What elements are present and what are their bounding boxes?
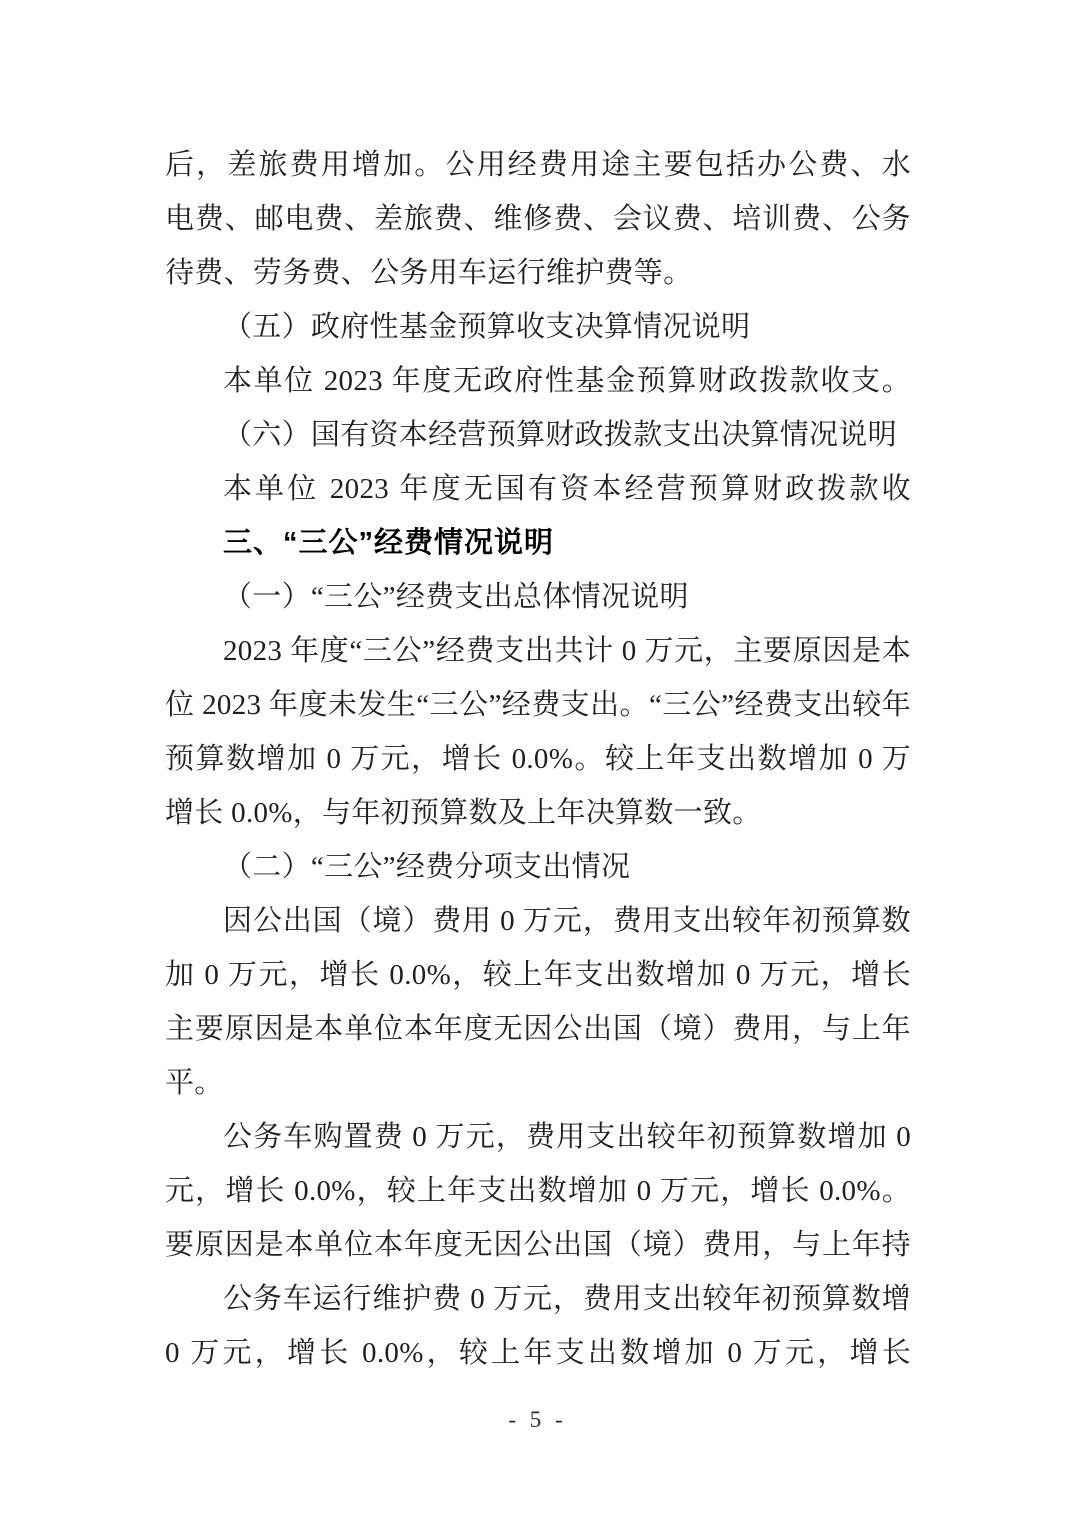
text-line: （六）国有资本经营预算财政拨款支出决算情况说明 — [165, 408, 911, 462]
text-line: 要原因是本单位本年度无因公出国（境）费用，与上年持平。 — [165, 1218, 911, 1272]
text-line: 本单位 2023 年度无政府性基金预算财政拨款收支。 — [165, 354, 911, 408]
text-line: 因公出国（境）费用 0 万元，费用支出较年初预算数增 — [165, 894, 911, 948]
text-line: 2023 年度“三公”经费支出共计 0 万元，主要原因是本单 — [165, 624, 911, 678]
document-body: 后，差旅费用增加。公用经费用途主要包括办公费、水费、电费、邮电费、差旅费、维修费… — [165, 138, 911, 1380]
text-line: 本单位 2023 年度无国有资本经营预算财政拨款收支。 — [165, 462, 911, 516]
text-line: 公务车购置费 0 万元，费用支出较年初预算数增加 0 万 — [165, 1110, 911, 1164]
text-line: 加 0 万元，增长 0.0%，较上年支出数增加 0 万元，增长 0.0%。 — [165, 948, 911, 1002]
text-line: 待费、劳务费、公务用车运行维护费等。 — [165, 246, 911, 300]
text-line: 平。 — [165, 1056, 911, 1110]
text-line: （二）“三公”经费分项支出情况 — [165, 840, 911, 894]
page-number: - 5 - — [0, 1404, 1075, 1436]
text-line: 后，差旅费用增加。公用经费用途主要包括办公费、水费、 — [165, 138, 911, 192]
text-line: 公务车运行维护费 0 万元，费用支出较年初预算数增加 — [165, 1272, 911, 1326]
text-line: （一）“三公”经费支出总体情况说明 — [165, 570, 911, 624]
text-line: 元，增长 0.0%，较上年支出数增加 0 万元，增长 0.0%。主 — [165, 1164, 911, 1218]
text-line: 主要原因是本单位本年度无因公出国（境）费用，与上年持 — [165, 1002, 911, 1056]
text-line: 0 万元，增长 0.0%，较上年支出数增加 0 万元，增长 0.0%。 — [165, 1326, 911, 1380]
text-line: 增长 0.0%，与年初预算数及上年决算数一致。 — [165, 786, 911, 840]
section-heading: 三、“三公”经费情况说明 — [165, 516, 911, 570]
text-line: 预算数增加 0 万元，增长 0.0%。较上年支出数增加 0 万元， — [165, 732, 911, 786]
text-line: 电费、邮电费、差旅费、维修费、会议费、培训费、公务接 — [165, 192, 911, 246]
text-line: 位 2023 年度未发生“三公”经费支出。“三公”经费支出较年初 — [165, 678, 911, 732]
text-line: （五）政府性基金预算收支决算情况说明 — [165, 300, 911, 354]
document-page: 后，差旅费用增加。公用经费用途主要包括办公费、水费、电费、邮电费、差旅费、维修费… — [0, 0, 1075, 1520]
